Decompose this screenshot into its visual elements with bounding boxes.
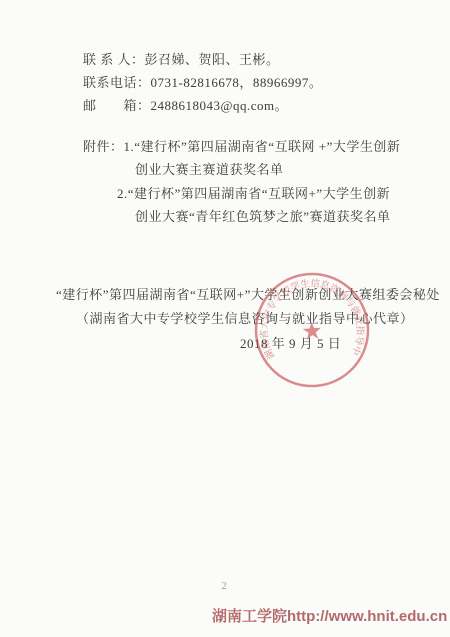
contact-person-line: 联 系 人：彭召娣、贺阳、王彬。	[83, 52, 280, 68]
signature-date: 2018 年 9 月 5 日	[240, 336, 341, 352]
contact-email-line: 邮 箱：2488618043@qq.com。	[83, 98, 288, 114]
contact-phone-line: 联系电话：0731-82816678，88966997。	[83, 75, 322, 91]
attachment-item2-line1: 2.“建行杯”第四届湖南省“互联网+”大学生创新	[117, 186, 390, 202]
signature-proxy-line: （湖南省大中专学校学生信息咨询与就业指导中心代章）	[76, 311, 414, 327]
footer-watermark: 湖南工学院http://www.hnit.edu.cn	[212, 605, 447, 626]
attachment-item2-line2: 创业大赛“青年红色筑梦之旅”赛道获奖名单	[135, 209, 391, 225]
page-number: 2	[214, 580, 234, 592]
attachment-item1-line2: 创业大赛主赛道获奖名单	[135, 162, 284, 178]
document-page: 联 系 人：彭召娣、贺阳、王彬。 联系电话：0731-82816678，8896…	[0, 0, 450, 637]
signature-org-line: “建行杯”第四届湖南省“互联网+”大学生创新创业大赛组委会秘处	[56, 287, 440, 303]
attachment-item1-line1: 附件：1.“建行杯”第四届湖南省“互联网 +”大学生创新	[83, 139, 400, 155]
official-red-seal: 湖南省大中专学校学生信息咨询与就业指导中心 ★	[248, 266, 376, 394]
